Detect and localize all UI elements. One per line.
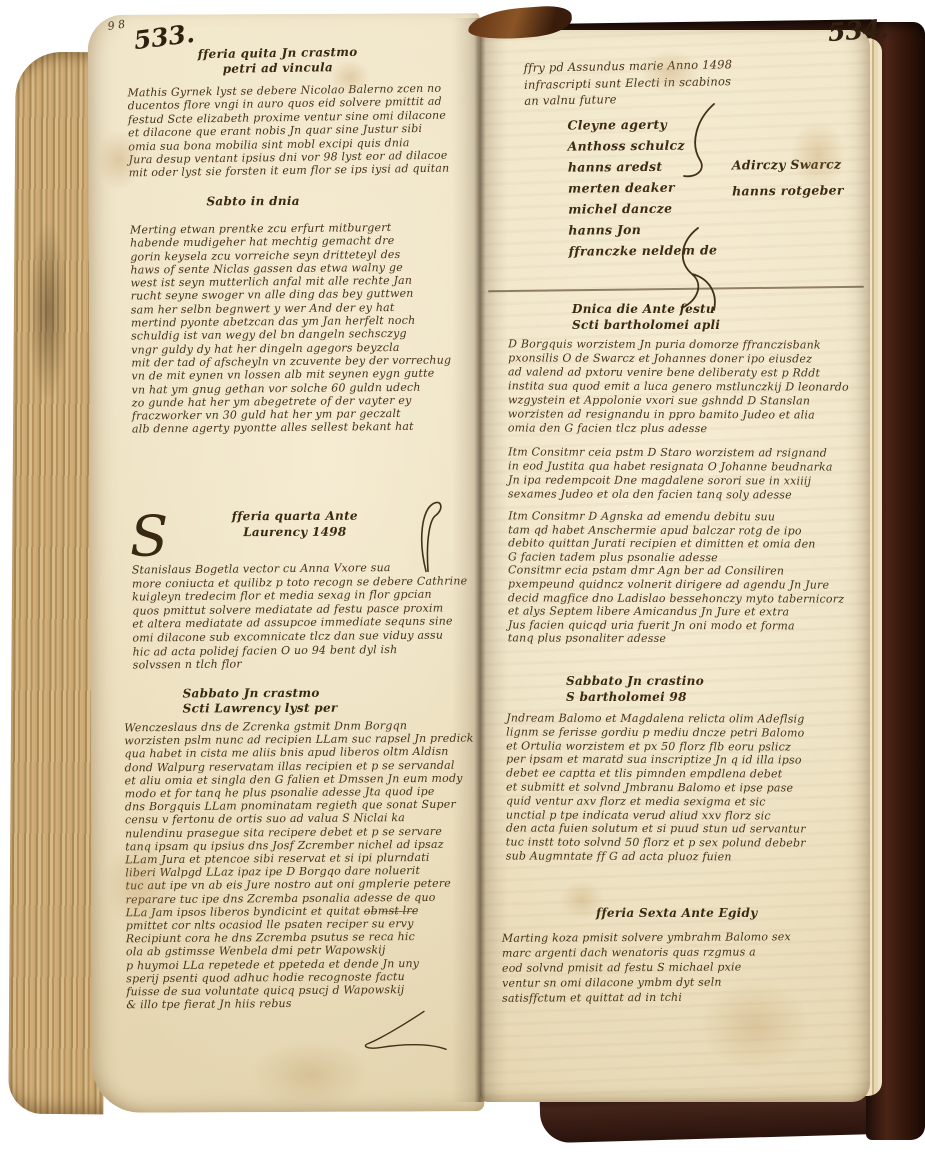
text-line: et Ortulia worzistem et px 50 florz flb … <box>506 739 806 754</box>
fore-edge-stain <box>28 220 68 400</box>
right-page-number: 534. <box>827 14 890 47</box>
entry-balomo-magdalena: Jndream Balomo et Magdalena relicta olim… <box>506 711 806 864</box>
text-line: Adirczy Swarcz <box>732 152 844 179</box>
heading-feria-quinta: fferia quita Jn crastmopetri ad vincula <box>198 45 358 77</box>
text-line: Jn ipa redempcoit Dne magdalene sorori s… <box>508 473 833 488</box>
text-line: alb denne agerty pyontte alles sellest b… <box>132 420 452 436</box>
text-line: Itm Consitmr D Agnska ad emendu debitu s… <box>508 509 844 524</box>
text-line: D Borgquis worzistem Jn puria domorze ff… <box>508 337 849 352</box>
text-line: petri ad vincula <box>198 60 358 77</box>
text-line: eod solvnd pmisit ad festu S michael pxi… <box>502 959 791 976</box>
left-page-number: 533. <box>132 19 196 55</box>
text-line: reparare tuc ipe dns Zcremba psonalia ad… <box>126 890 475 906</box>
right-page: 534. ffry pd Assundus marie Anno 1498inf… <box>480 30 870 1102</box>
entry-item-staro-worzistem: Itm Consitmr ceia pstm D Staro worzistem… <box>508 445 833 502</box>
text-line: tanq plus psonaliter adesse <box>508 632 844 647</box>
text-line: satisffctum et quittat ad in tchi <box>502 989 791 1006</box>
text-line: den acta fuien solutum et si puud stun u… <box>506 822 806 837</box>
pen-flourish-end <box>360 1009 450 1051</box>
text-line: quid ventur axv florz et media sexigma e… <box>506 794 806 809</box>
text-line: Marting koza pmisit solvere ymbrahm Balo… <box>502 929 791 946</box>
text-line: G facien tadem plus psonalie adesse <box>508 550 844 565</box>
text-line: sub Augmntate ff G ad acta pluoz fuien <box>506 849 806 864</box>
entry-mathis-gyrnek: Mathis Gyrnek lyst se debere Nicolao Bal… <box>127 82 449 181</box>
text-line: debito quittan Jurati recipien et dimitt… <box>508 537 844 552</box>
heading-sabbato-in-dnia: Sabto in dnia <box>206 194 299 209</box>
text-line: fferia quita Jn crastmo <box>198 45 358 62</box>
decorated-initial-s: S <box>130 513 169 563</box>
text-line: Laurency 1498 <box>190 524 400 541</box>
text-line: fferia quarta Ante <box>190 508 400 525</box>
text-line: ad valend ad pxtoru venire bene delibera… <box>508 365 849 380</box>
heading-sabbato-bartholomei: Sabbato Jn crastinoS bartholomei 98 <box>566 674 704 705</box>
brace-flourish-upper <box>676 102 722 222</box>
text-line: in eod Justita qua habet resignata O Joh… <box>508 459 833 474</box>
text-line: hanns rotgeber <box>732 178 844 205</box>
text-line: ventur sn omi dilacone ymbm dyt seln <box>502 974 791 991</box>
heading-feria-sexta-egidy: fferia Sexta Ante Egidy <box>596 906 758 921</box>
text-line: Sabbato Jn crastmo <box>183 686 338 702</box>
text-line: instita sua quod emit a luca genero mstl… <box>508 379 849 394</box>
text-line: et submitt et solvnd Jmbranu Balomo et i… <box>506 780 806 795</box>
text-line: decid magfice dno Ladislao bessehonczy m… <box>508 591 844 606</box>
corner-mark: 9 8 <box>107 18 126 33</box>
manuscript-photo: 9 8 533. fferia quita Jn crastmopetri ad… <box>0 0 925 1164</box>
text-line: et alys Septem libere Amicandus Jn Jure … <box>508 605 844 620</box>
text-line: unctial p tpe indicata verud aliud xxv f… <box>506 808 806 823</box>
text-line: tam qd habet Anschermie apud balczar rot… <box>508 523 844 538</box>
entry-wenczeslaus-zcrenka: Wenczeslaus dns de Zcrenka gstmit Dnm Bo… <box>124 719 476 1012</box>
entry-marting-koza: Marting koza pmisit solvere ymbrahm Balo… <box>502 929 791 1006</box>
text-line: per ipsam et maratd sua inscriptize Jn q… <box>506 753 806 768</box>
text-line: worzisten ad resignandu in ppro bamito J… <box>508 407 849 422</box>
entry-borgquis-worzistem: D Borgquis worzistem Jn puria domorze ff… <box>508 337 849 436</box>
brace-flourish-lower <box>668 226 724 312</box>
text-line: Sabto in dnia <box>206 194 299 209</box>
text-line: Jus facien quicqd uria fuerit Jn oni mod… <box>508 618 844 633</box>
text-line: Scti bartholomei apli <box>572 318 720 334</box>
text-line: debet ee captta et tlis pimnden empdlena… <box>506 767 806 782</box>
text-line: wzgystein et Appolonie vxori sue gshndd … <box>508 393 849 408</box>
text-line: pxempeund quidncz volnerit dirigere ad a… <box>508 577 844 592</box>
text-line: S bartholomei 98 <box>566 690 704 706</box>
text-line: Jndream Balomo et Magdalena relicta olim… <box>506 711 806 726</box>
text-line: Dnica die Ante festu <box>572 302 720 318</box>
electors-list-column2: Adirczy Swarczhanns rotgeber <box>732 152 844 205</box>
text-line: sexames Judeo et ola den facien tanq sol… <box>508 487 833 502</box>
heading-dominica-bartholomei: Dnica die Ante festuScti bartholomei apl… <box>572 302 720 333</box>
text-line: lignm se ferisse gordiu p mediu dncze pe… <box>506 725 806 740</box>
text-line: solvssen n tlch flor <box>133 655 469 672</box>
text-line: Scti Lawrency lyst per <box>183 701 338 717</box>
text-line: Sabbato Jn crastino <box>566 674 704 690</box>
entry-item-agnska: Itm Consitmr D Agnska ad emendu debitu s… <box>508 509 845 646</box>
text-line: Itm Consitmr ceia pstm D Staro worzistem… <box>508 445 833 460</box>
text-line: Consitmr ecia pstam dmr Agn ber ad Consi… <box>508 564 844 579</box>
entry-stanislaus-bogetla: Stanislaus Bogetla vector cu Anna Vxore … <box>132 560 468 672</box>
text-line: tuc instt toto solvnd 50 florz et p sex … <box>506 836 806 851</box>
text-line: fferia Sexta Ante Egidy <box>596 906 758 921</box>
heading-feria-quarta-laurency: fferia quarta AnteLaurency 1498 <box>190 508 400 541</box>
entry-merting-prentke: Merting etwan prentke zcu erfurt mitburg… <box>130 220 452 436</box>
text-line: omia den G facien tlcz plus adesse <box>508 421 849 436</box>
text-line: pxonsilis O de Swarcz et Johannes doner … <box>508 351 849 366</box>
heading-sabbato-laurency: Sabbato Jn crastmoScti Lawrency lyst per <box>183 686 338 717</box>
left-page: 9 8 533. fferia quita Jn crastmopetri ad… <box>88 13 485 1113</box>
text-line: marc argenti dach wenatoris quas rzgmus … <box>502 944 791 961</box>
